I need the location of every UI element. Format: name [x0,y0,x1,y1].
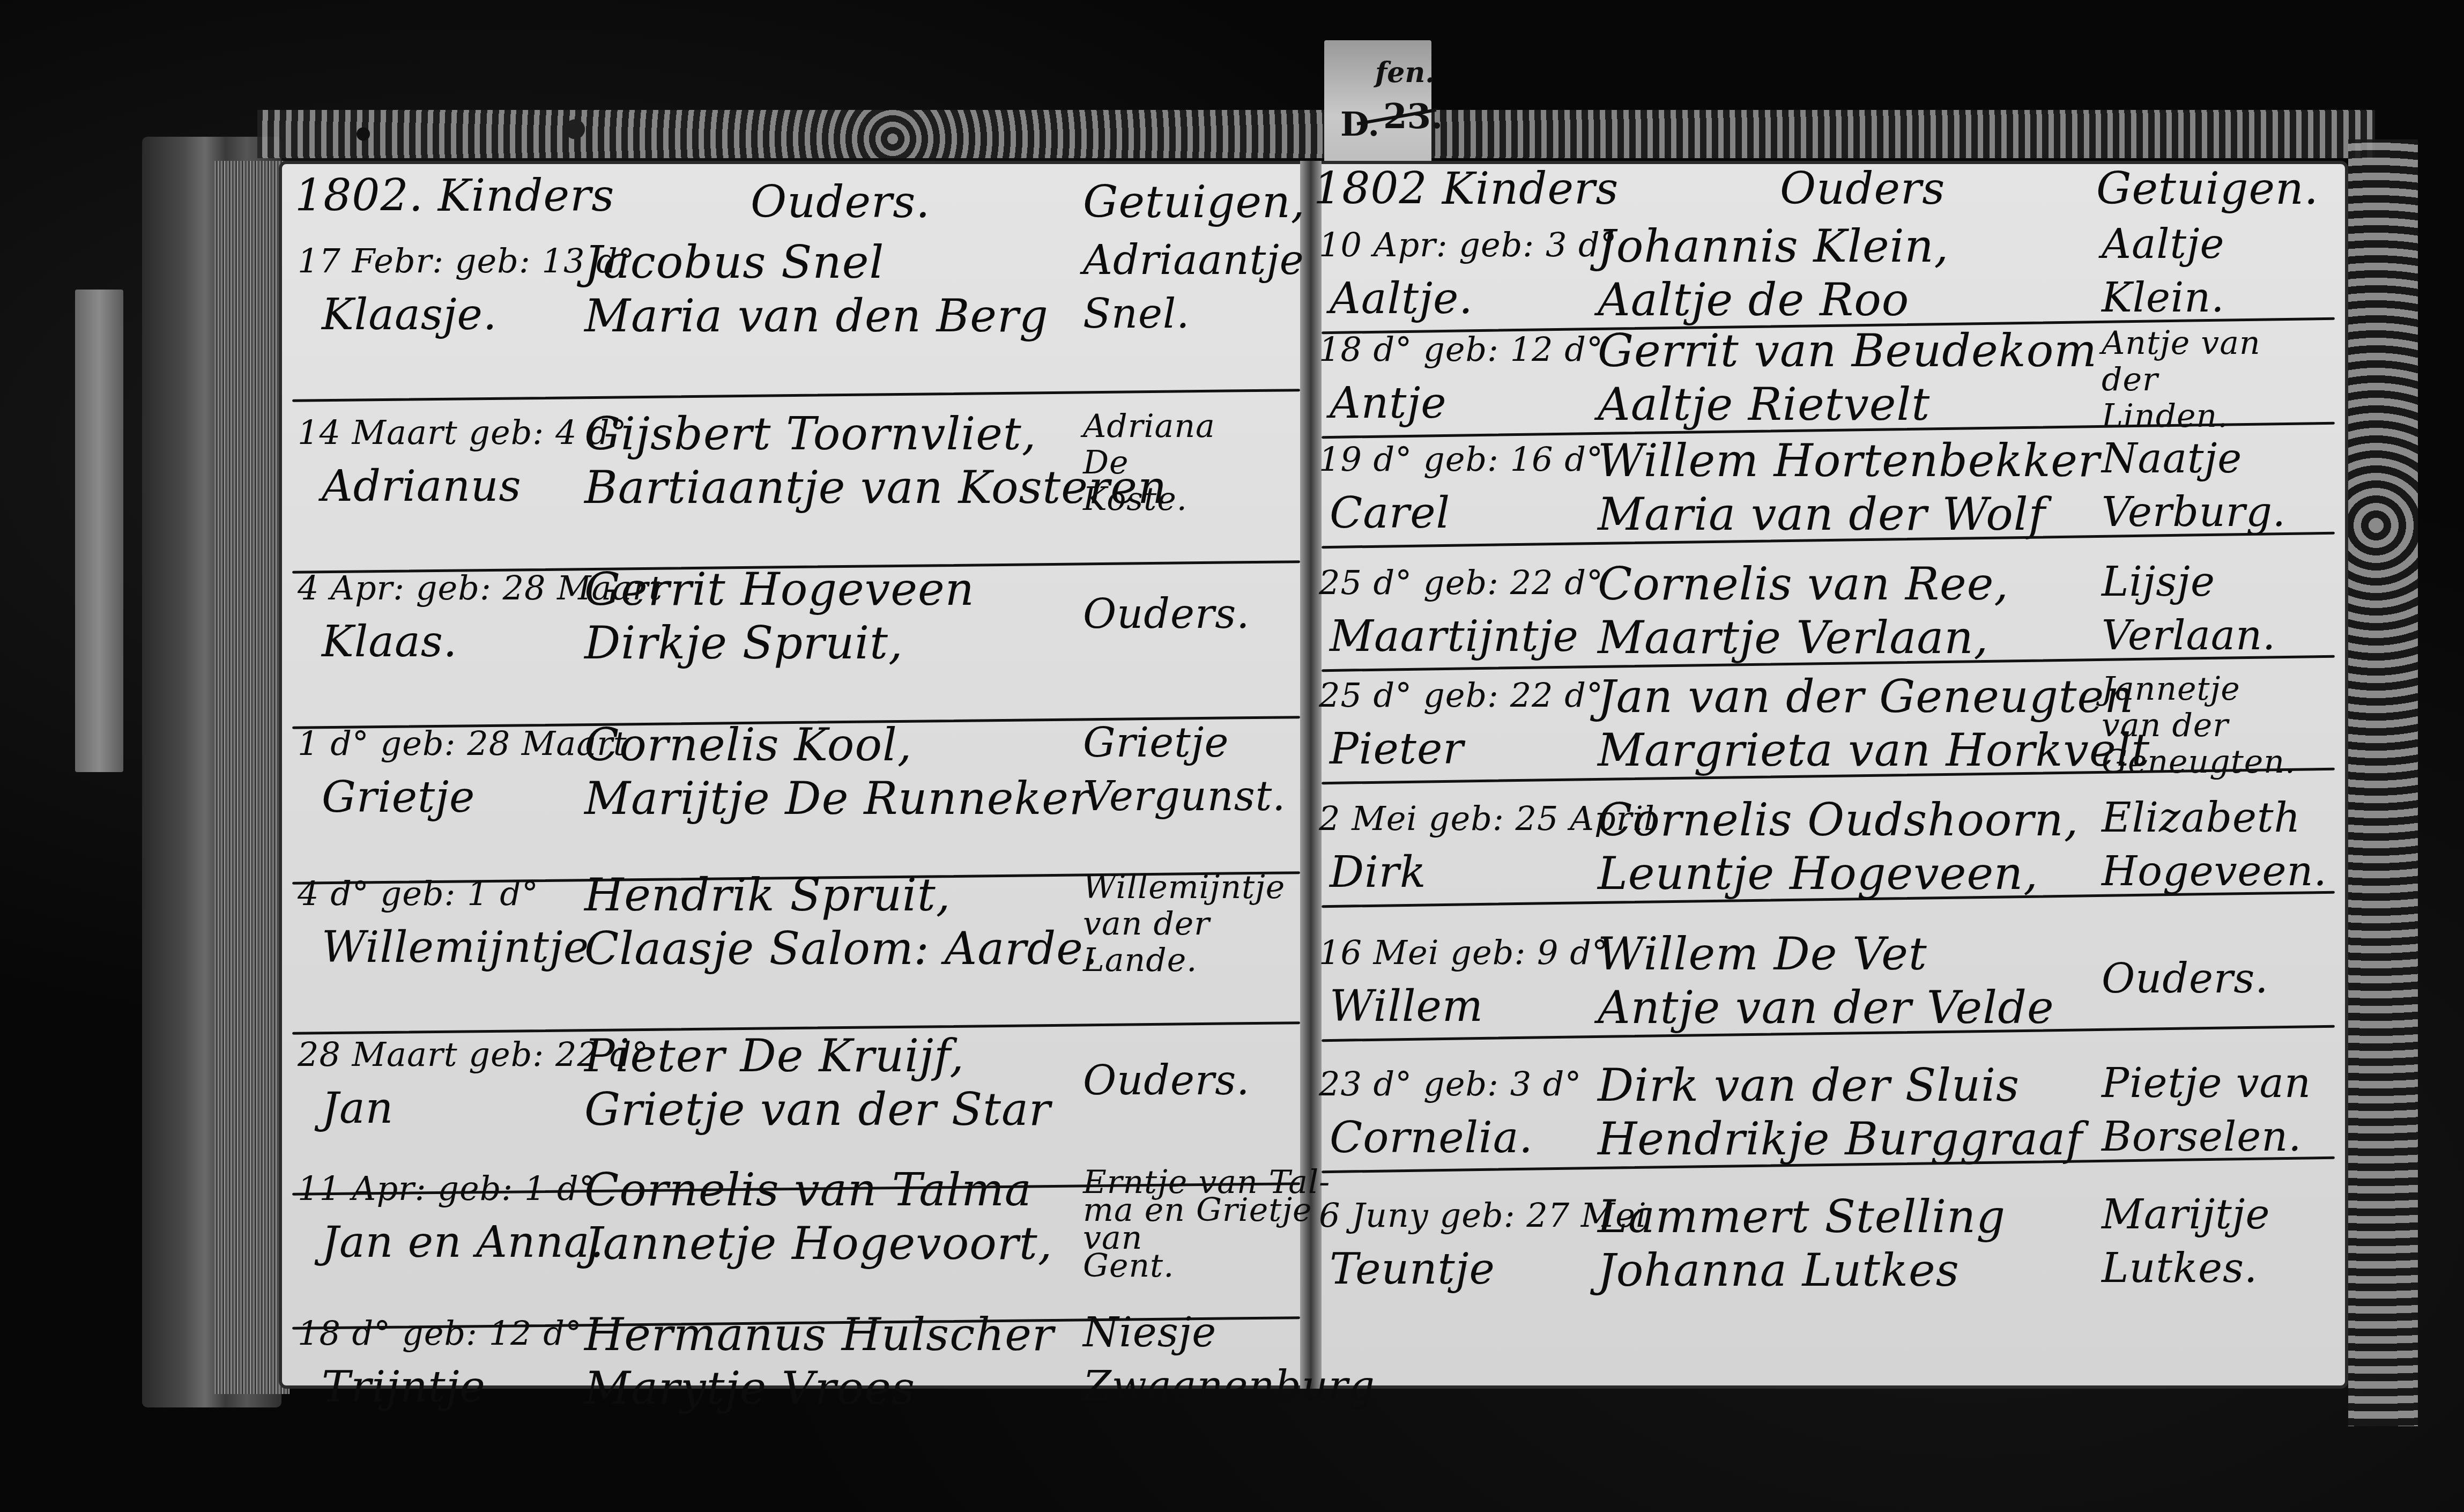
entry-mother: Marytje Vroes [584,1362,915,1414]
entry-witness: Klein. [2102,273,2224,321]
entry-witness: der [2102,361,2158,398]
page-edges [214,161,290,1394]
entry-father: Cornelis Kool, [584,718,912,771]
entry-mother: Maria van den Berg [584,290,1049,342]
entry-child-name: Jan en Anna. [322,1217,604,1267]
entry-witness: Ouders. [1083,590,1250,638]
archive-label-tab: fen. D. 23. [1324,40,1431,166]
entry-father: Pieter De Kruijf, [584,1029,964,1082]
entry-witness: Vergunst. [1083,772,1286,820]
entry-father: Willem De Vet [1598,928,1927,980]
entry-witness: Lande. [1083,942,1197,979]
label-number: 23. [1383,97,1443,137]
entry-father: Cornelis Oudshoorn, [1598,794,2079,846]
right-header-year-children: 1802 Kinders [1313,164,1619,214]
entry-witness: Ouders. [1083,1056,1250,1104]
entry-witness: Verlaan. [2102,611,2276,659]
entry-mother: Jannetje Hogevoort, [584,1217,1052,1270]
entry-witness: Elizabeth [2102,794,2301,841]
entry-child-name: Grietje [322,772,475,822]
entry-child-name: Dirk [1330,847,1426,897]
entry-witness: Snel. [1083,290,1190,337]
entry-date: 19 d° geb: 16 d° [1319,440,1604,479]
entry-mother: Maria van der Wolf [1598,488,2046,540]
entry-witness: De [1083,444,1129,481]
entry-witness: Lijsje [2102,558,2215,605]
entry-witness: Gent. [1083,1247,1174,1285]
entry-father: Hermanus Hulscher [584,1308,1054,1361]
entry-witness: Adriana [1083,407,1215,445]
entry-date: 25 d° geb: 22 d° [1319,676,1604,715]
entry-date: 4 d° geb: 1 d° [298,874,539,913]
entry-date: 25 d° geb: 22 d° [1319,563,1604,602]
entry-mother: Antje van der Velde [1598,981,2054,1034]
entry-date: 11 Apr: geb: 1 d° [298,1169,596,1208]
entry-witness: Willemijntje [1083,869,1285,906]
entry-mother: Aaltje de Roo [1598,273,1909,326]
entry-date: 10 Apr: geb: 3 d° [1319,225,1617,264]
right-header-parents: Ouders [1780,164,1945,214]
entry-witness: Niesje [1083,1308,1216,1356]
entry-mother: Aaltje Rietvelt [1598,378,1930,431]
left-header-parents: Ouders. [751,177,930,228]
entry-witness: Pietje van [2102,1059,2311,1107]
entry-mother: Claasje Salom: Aarde. [584,922,1099,975]
entry-child-name: Willemijntje [322,922,589,972]
entry-witness: Koste. [1083,480,1188,518]
entry-witness: van der [2102,707,2229,744]
right-header-witnesses: Getuigen. [2096,164,2319,214]
entry-father: Gijsbert Toornvliet, [584,407,1036,460]
entry-witness: Jannetje [2102,670,2240,708]
bookmark-strip [75,290,123,772]
entry-witness: Geneugten. [2102,743,2296,781]
marbled-cover-right [2348,139,2418,1426]
entry-father: Dirk van der Sluis [1598,1059,2020,1111]
entry-date: 14 Maart geb: 4 d° [298,413,627,452]
entry-child-name: Jan [322,1083,394,1133]
entry-witness: Adriaantje [1083,236,1304,284]
label-letter: D. [1340,105,1379,144]
entry-witness: Lutkes. [2102,1244,2258,1292]
entry-father: Jan van der Geneugten [1598,670,2134,723]
entry-child-name: Pieter [1330,724,1464,774]
entry-mother: Leuntje Hogeveen, [1598,847,2038,900]
entry-witness: Naatje [2102,434,2242,482]
entry-father: Jacobus Snel [584,236,884,288]
entry-mother: Marijtje De Runneker [584,772,1091,825]
entry-father: Willem Hortenbekker [1598,434,2100,487]
entry-father: Gerrit van Beudekom [1598,324,2097,377]
entry-child-name: Willem [1330,981,1483,1031]
entry-date: 16 Mei geb: 9 d° [1319,933,1609,972]
entry-mother: Johanna Lutkes [1598,1244,1960,1296]
entry-father: Cornelis van Talma [584,1163,1032,1216]
entry-child-name: Cornelia. [1330,1113,1533,1162]
entry-witness: Aaltje [2102,220,2225,268]
entry-child-name: Trijntje [322,1362,486,1412]
entry-witness: Grietje [1083,718,1229,766]
entry-witness: Marijtje [2102,1190,2270,1238]
entry-witness: Verburg. [2102,488,2286,536]
entry-child-name: Antje [1330,378,1447,428]
entry-date: 1 d° geb: 28 Maart [298,724,627,763]
entry-father: Lammert Stelling [1598,1190,2006,1243]
entry-father: Gerrit Hogeveen [584,563,975,616]
entry-child-name: Maartijntje [1330,611,1579,661]
entry-date: 18 d° geb: 12 d° [298,1314,582,1353]
entry-date: 23 d° geb: 3 d° [1319,1064,1582,1103]
entry-mother: Maartje Verlaan, [1598,611,1988,664]
entry-date: 18 d° geb: 12 d° [1319,330,1604,369]
entry-father: Johannis Klein, [1598,220,1949,272]
left-header-witnesses: Getuigen, [1083,177,1305,228]
entry-mother: Dirkje Spruit, [584,617,903,669]
entry-child-name: Klaasje. [322,290,497,339]
entry-child-name: Aaltje. [1330,273,1473,323]
entry-witness: Ouders. [2102,954,2268,1002]
entry-witness: Linden. [2102,397,2228,435]
entry-child-name: Teuntje [1330,1244,1495,1294]
entry-mother: Bartiaantje van Kosteren [584,461,1167,514]
entry-witness: Antje van [2102,324,2261,362]
entry-witness: Zwaanenburg [1083,1362,1375,1410]
entry-father: Hendrik Spruit, [584,869,951,921]
label-word-fragment: fen. [1375,56,1435,89]
entry-mother: Grietje van der Star [584,1083,1051,1136]
marbled-cover-top [257,110,2375,158]
entry-mother: Hendrikje Burggraaf [1598,1113,2083,1165]
entry-witness: van der [1083,905,1210,943]
entry-witness: Borselen. [2102,1113,2302,1160]
left-header-year-children: 1802. Kinders [295,171,614,221]
entry-child-name: Carel [1330,488,1450,538]
entry-witness: Hogeveen. [2102,847,2327,895]
entry-child-name: Adrianus [322,461,522,511]
entry-child-name: Klaas. [322,617,457,666]
entry-mother: Margrieta van Horkvelt [1598,724,2150,776]
entry-father: Cornelis van Ree, [1598,558,2009,610]
